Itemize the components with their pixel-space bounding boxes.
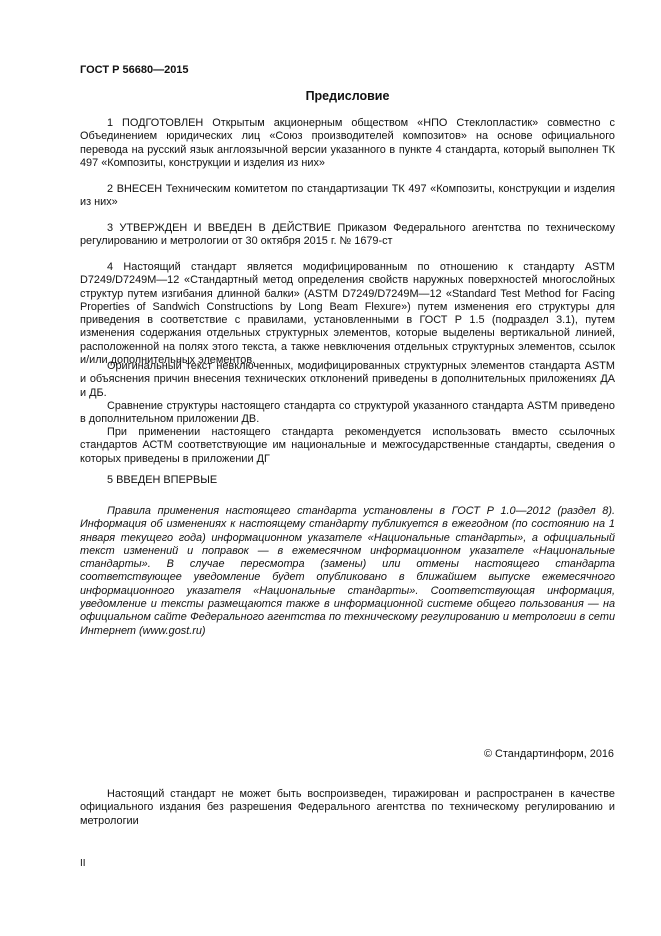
- page-title: Предисловие: [80, 89, 615, 103]
- item-approved: 3 УТВЕРЖДЕН И ВВЕДЕН В ДЕЙСТВИЕ Приказом…: [80, 222, 615, 249]
- item-modified-standard: 4 Настоящий стандарт является модифициро…: [80, 261, 615, 367]
- item-structure-comparison: Сравнение структуры настоящего стандарта…: [80, 400, 615, 427]
- item-prepared: 1 ПОДГОТОВЛЕН Открытым акционерным общес…: [80, 117, 615, 170]
- item-first-introduced: 5 ВВЕДЕН ВПЕРВЫЕ: [80, 474, 615, 487]
- item-original-text-note: Оригинальный текст невключенных, модифиц…: [80, 360, 615, 400]
- copyright: © Стандартинформ, 2016: [484, 748, 614, 760]
- application-rules-notice: Правила применения настоящего стандарта …: [80, 505, 615, 638]
- document-id: ГОСТ Р 56680—2015: [80, 64, 189, 76]
- item-introduced: 2 ВНЕСЕН Техническим комитетом по станда…: [80, 183, 615, 210]
- item-reference-standards: При применении настоящего стандарта реко…: [80, 426, 615, 466]
- page-number: II: [80, 858, 86, 869]
- reproduction-notice: Настоящий стандарт не может быть воспрои…: [80, 788, 615, 828]
